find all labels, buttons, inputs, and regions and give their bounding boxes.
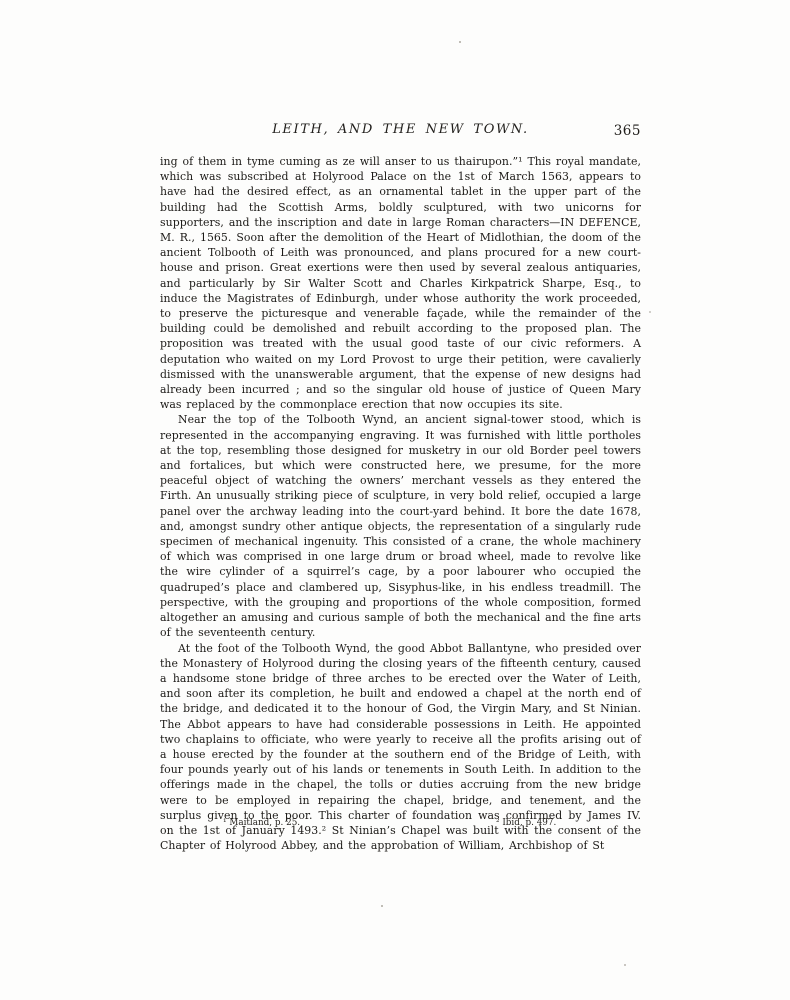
paragraph-continuation: ing of them in tyme cuming as ze will an… <box>160 154 641 412</box>
running-header: LEITH, AND THE NEW TOWN. 365 <box>160 122 641 144</box>
footnote-ibid: ² Ibid, p. 497. <box>496 818 556 828</box>
footnotes: ¹ Maitland, p. 25. ² Ibid, p. 497. <box>160 818 641 832</box>
scan-speck <box>407 434 409 436</box>
footnote-maitland: ¹ Maitland, p. 25. <box>223 818 300 828</box>
scan-speck <box>624 964 626 966</box>
text-column: LEITH, AND THE NEW TOWN. 365 ing of them… <box>160 122 641 853</box>
scan-speck <box>649 311 651 313</box>
running-header-title: LEITH, AND THE NEW TOWN. <box>160 122 641 137</box>
body-text: ing of them in tyme cuming as ze will an… <box>160 154 641 853</box>
scanned-book-page: LEITH, AND THE NEW TOWN. 365 ing of them… <box>0 0 790 1000</box>
paragraph-signal-tower: Near the top of the Tolbooth Wynd, an an… <box>160 412 641 640</box>
scan-speck <box>459 41 461 43</box>
page-number: 365 <box>614 123 641 139</box>
scan-speck <box>381 905 383 907</box>
